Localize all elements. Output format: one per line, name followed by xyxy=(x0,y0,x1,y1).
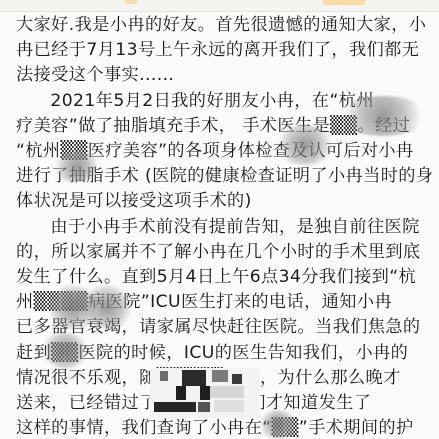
text-line: 法接受这个事实...... xyxy=(16,63,426,88)
top-bar-decoration xyxy=(322,0,366,5)
text-line: 这样的事情，我们查询了小冉在“▒▒”手术期间的护 xyxy=(16,416,426,439)
text-line: 由于小冉手术前没有提前告知，是独自前往医院 xyxy=(16,215,426,240)
text-line: 冉已经于7月13号上午永远的离开我们了，我们都无 xyxy=(16,38,426,63)
top-bar-decoration xyxy=(124,0,138,4)
redaction-blur xyxy=(82,285,132,330)
paragraph-1: 大家好.我是小冉的好友。首先很遗憾的通知大家，小 冉已经于7月13号上午永远的离… xyxy=(16,13,426,89)
redaction-mosaic xyxy=(150,368,260,418)
top-bar xyxy=(0,0,439,12)
text-line: 大家好.我是小冉的好友。首先很遗憾的通知大家，小 xyxy=(16,13,426,38)
document-screenshot: 大家好.我是小冉的好友。首先很遗憾的通知大家，小 冉已经于7月13号上午永远的离… xyxy=(0,0,439,439)
redaction-blur xyxy=(52,152,102,182)
redaction-blur xyxy=(258,410,298,439)
redaction-blur xyxy=(335,96,430,136)
text-line: 体状况是可以接受这项手术的) xyxy=(16,189,426,214)
text-line: 的，所以家属并不了解小冉在几个小时的手术里到底 xyxy=(16,240,426,265)
redaction-blur xyxy=(40,333,90,368)
redaction-blur xyxy=(275,125,335,165)
